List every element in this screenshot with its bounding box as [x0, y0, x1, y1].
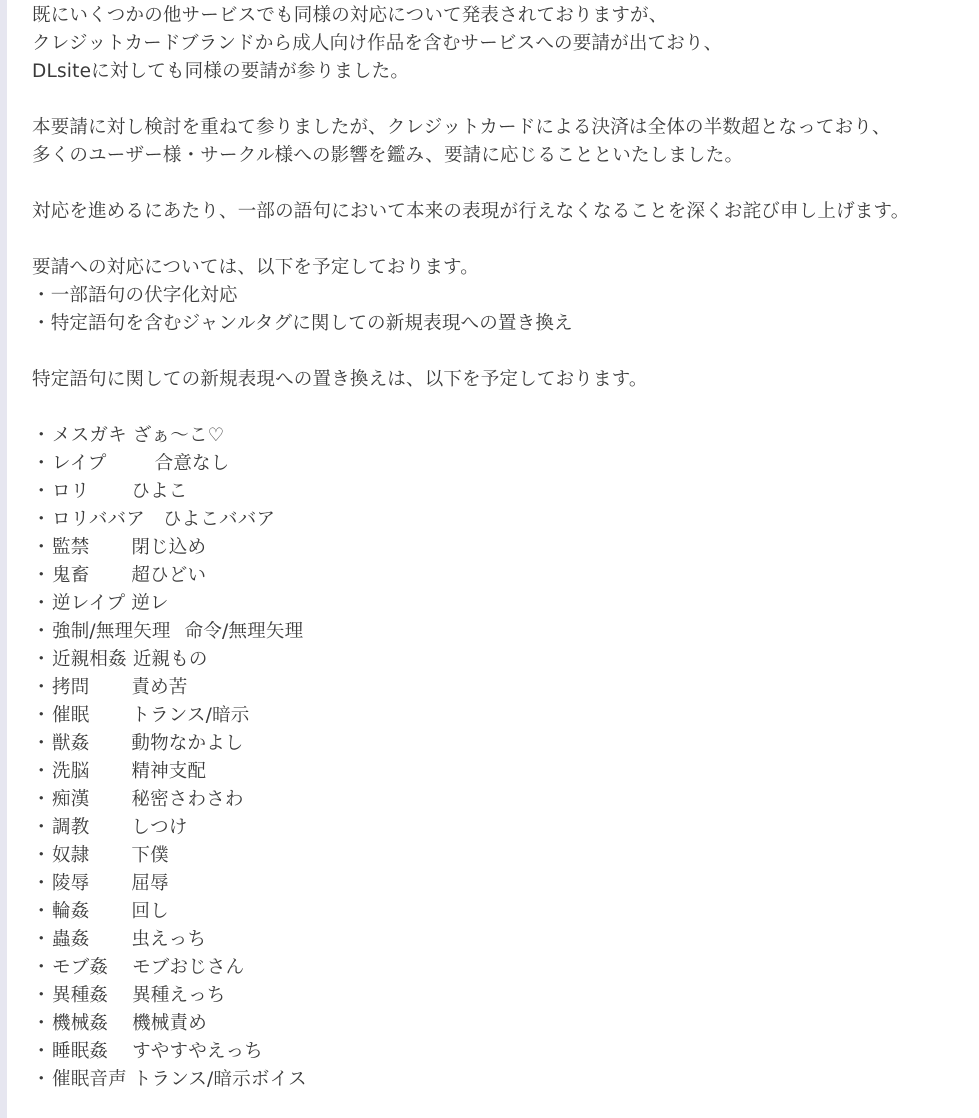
original-term: 強制/無理矢理: [52, 618, 171, 646]
original-term: 蟲姦: [52, 926, 89, 954]
text-line: 対応を進めるにあたり、一部の語句において本来の表現が行えなくなることを深くお詫び…: [32, 198, 979, 226]
bullet-mark: ・: [32, 1066, 52, 1094]
planned-action-item: ・特定語句を含むジャンルタグに関しての新規表現への置き換え: [32, 310, 979, 338]
replacement-term: 精神支配: [131, 758, 206, 786]
original-term: 逆レイプ: [52, 590, 125, 618]
replacement-row: ・ロリひよこ: [32, 478, 979, 506]
replacement-row: ・鬼畜超ひどい: [32, 562, 979, 590]
text-line: クレジットカードブランドから成人向け作品を含むサービスへの要請が出ており、: [32, 30, 979, 58]
replacement-row: ・モブ姦モブおじさん: [32, 954, 979, 982]
replacement-term: 命令/無理矢理: [185, 618, 304, 646]
announcement-body: 既にいくつかの他サービスでも同様の対応について発表されておりますが、 クレジット…: [32, 2, 979, 1094]
replacement-term: 責め苦: [131, 674, 187, 702]
original-term: レイプ: [52, 450, 107, 478]
replacement-term: ひよこババア: [163, 506, 275, 534]
bullet-mark: ・: [32, 478, 52, 506]
replacement-row: ・強制/無理矢理命令/無理矢理: [32, 618, 979, 646]
replacement-term: ひよこ: [131, 478, 187, 506]
replacement-row: ・輪姦回し: [32, 898, 979, 926]
replacement-row: ・催眠音声トランス/暗示ボイス: [32, 1066, 979, 1094]
original-term: 拷問: [52, 674, 89, 702]
bullet-mark: ・: [32, 870, 52, 898]
bullet-mark: ・: [32, 898, 52, 926]
paragraph-replacement-intro: 特定語句に関しての新規表現への置き換えは、以下を予定しております。: [32, 366, 979, 394]
original-term: 痴漢: [52, 786, 89, 814]
original-term: 近親相姦: [52, 646, 127, 674]
original-term: ロリババア: [52, 506, 145, 534]
bullet-mark: ・: [32, 730, 52, 758]
original-term: 調教: [52, 814, 89, 842]
bullet-mark: ・: [32, 646, 52, 674]
bullet-mark: ・: [32, 618, 52, 646]
replacement-row: ・近親相姦近親もの: [32, 646, 979, 674]
paragraph-planned-actions: 要請への対応については、以下を予定しております。 ・一部語句の伏字化対応 ・特定…: [32, 254, 979, 338]
planned-action-item: ・一部語句の伏字化対応: [32, 282, 979, 310]
bullet-mark: ・: [32, 1038, 52, 1066]
replacement-row: ・監禁閉じ込め: [32, 534, 979, 562]
text-line: 特定語句に関しての新規表現への置き換えは、以下を予定しております。: [32, 366, 979, 394]
replacement-row: ・ロリババアひよこババア: [32, 506, 979, 534]
replacement-row: ・レイプ合意なし: [32, 450, 979, 478]
replacement-term: 近親もの: [133, 646, 208, 674]
replacement-row: ・獣姦動物なかよし: [32, 730, 979, 758]
replacement-term: 閉じ込め: [131, 534, 206, 562]
original-term: 催眠: [52, 702, 89, 730]
quote-left-border: [0, 0, 7, 1118]
original-term: 陵辱: [52, 870, 89, 898]
original-term: メスガキ: [52, 422, 127, 450]
paragraph-decision: 本要請に対し検討を重ねて参りましたが、クレジットカードによる決済は全体の半数超と…: [32, 114, 979, 170]
replacement-row: ・洗脳精神支配: [32, 758, 979, 786]
bullet-mark: ・: [32, 562, 52, 590]
replacement-row: ・陵辱屈辱: [32, 870, 979, 898]
paragraph-intro: 既にいくつかの他サービスでも同様の対応について発表されておりますが、 クレジット…: [32, 2, 979, 86]
replacement-term: トランス/暗示: [131, 702, 249, 730]
replacement-term: 屈辱: [131, 870, 168, 898]
bullet-mark: ・: [32, 926, 52, 954]
replacement-term: 下僕: [131, 842, 168, 870]
text-line: DLsiteに対しても同様の要請が参りました。: [32, 58, 979, 86]
bullet-mark: ・: [32, 506, 52, 534]
paragraph-apology: 対応を進めるにあたり、一部の語句において本来の表現が行えなくなることを深くお詫び…: [32, 198, 979, 226]
bullet-mark: ・: [32, 814, 52, 842]
replacement-term: モブおじさん: [132, 954, 244, 982]
original-term: 催眠音声: [52, 1066, 127, 1094]
text-line: 多くのユーザー様・サークル様への影響を鑑み、要請に応じることといたしました。: [32, 142, 979, 170]
original-term: 異種姦: [52, 982, 108, 1010]
replacement-term-list: ・メスガキざぁ～こ♡・レイプ合意なし・ロリひよこ・ロリババアひよこババア・監禁閉…: [32, 422, 979, 1094]
bullet-mark: ・: [32, 842, 52, 870]
replacement-term: ざぁ～こ♡: [133, 422, 225, 450]
replacement-term: 超ひどい: [131, 562, 206, 590]
original-term: モブ姦: [52, 954, 108, 982]
replacement-term: 秘密さわさわ: [131, 786, 243, 814]
bullet-mark: ・: [32, 758, 52, 786]
replacement-row: ・催眠トランス/暗示: [32, 702, 979, 730]
replacement-term: 合意なし: [155, 450, 230, 478]
text-line: 既にいくつかの他サービスでも同様の対応について発表されておりますが、: [32, 2, 979, 30]
replacement-row: ・逆レイプ逆レ: [32, 590, 979, 618]
replacement-term: 虫えっち: [131, 926, 206, 954]
replacement-row: ・拷問責め苦: [32, 674, 979, 702]
replacement-term: トランス/暗示ボイス: [133, 1066, 307, 1094]
bullet-mark: ・: [32, 954, 52, 982]
replacement-row: ・機械姦機械責め: [32, 1010, 979, 1038]
original-term: 監禁: [52, 534, 89, 562]
bullet-mark: ・: [32, 1010, 52, 1038]
original-term: 洗脳: [52, 758, 89, 786]
replacement-term: しつけ: [131, 814, 187, 842]
original-term: ロリ: [52, 478, 89, 506]
replacement-row: ・痴漢秘密さわさわ: [32, 786, 979, 814]
replacement-row: ・異種姦異種えっち: [32, 982, 979, 1010]
original-term: 輪姦: [52, 898, 89, 926]
replacement-term: 逆レ: [131, 590, 168, 618]
original-term: 睡眠姦: [52, 1038, 108, 1066]
replacement-term: 異種えっち: [132, 982, 226, 1010]
replacement-row: ・調教しつけ: [32, 814, 979, 842]
bullet-mark: ・: [32, 422, 52, 450]
original-term: 機械姦: [52, 1010, 108, 1038]
original-term: 鬼畜: [52, 562, 89, 590]
original-term: 奴隷: [52, 842, 89, 870]
replacement-row: ・メスガキざぁ～こ♡: [32, 422, 979, 450]
replacement-row: ・蟲姦虫えっち: [32, 926, 979, 954]
original-term: 獣姦: [52, 730, 89, 758]
bullet-mark: ・: [32, 702, 52, 730]
bullet-mark: ・: [32, 450, 52, 478]
replacement-term: 機械責め: [132, 1010, 207, 1038]
bullet-mark: ・: [32, 786, 52, 814]
bullet-mark: ・: [32, 674, 52, 702]
text-line: 本要請に対し検討を重ねて参りましたが、クレジットカードによる決済は全体の半数超と…: [32, 114, 979, 142]
bullet-mark: ・: [32, 590, 52, 618]
bullet-mark: ・: [32, 534, 52, 562]
replacement-term: 回し: [131, 898, 168, 926]
replacement-row: ・睡眠姦すやすやえっち: [32, 1038, 979, 1066]
text-line: 要請への対応については、以下を予定しております。: [32, 254, 979, 282]
replacement-term: すやすやえっち: [132, 1038, 263, 1066]
replacement-term: 動物なかよし: [131, 730, 243, 758]
bullet-mark: ・: [32, 982, 52, 1010]
replacement-row: ・奴隷下僕: [32, 842, 979, 870]
